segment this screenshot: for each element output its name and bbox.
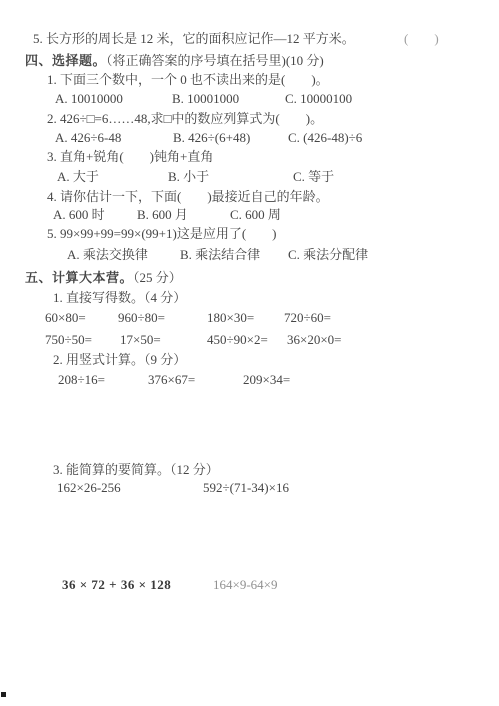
section-4-note: （将正确答案的序号填在括号里)(10 分)	[106, 53, 324, 68]
vertical-expr: 376×67=	[148, 372, 195, 388]
option-b: B. 乘法结合律	[180, 247, 260, 263]
oral-expr: 750÷50=	[45, 332, 92, 348]
vertical-calc-row: 208÷16= 376×67= 209×34=	[0, 372, 499, 390]
section-5-note: （25 分）	[133, 270, 182, 285]
simplify-row-1: 162×26-256 592÷(71-34)×16	[0, 480, 499, 498]
option-a: A. 乘法交换律	[67, 247, 148, 263]
option-c: C. 600 周	[230, 207, 281, 223]
choice-question-2: 2. 426÷□=6……48,求□中的数应列算式为( )。	[47, 111, 323, 127]
choice-question-3-options: A. 大于 B. 小于 C. 等于	[0, 169, 499, 187]
tf-question-5-answer-bracket: ( )	[404, 31, 439, 47]
section-5-label: 五、计算大本营。	[25, 270, 133, 285]
choice-question-4: 4. 请你估计一下，下面( )最接近自己的年龄。	[47, 189, 329, 205]
choice-question-3: 3. 直角+锐角( )钝角+直角	[47, 149, 213, 165]
oral-expr: 720÷60=	[284, 310, 331, 326]
tf-question-5: 5. 长方形的周长是 12 米，它的面积应记作—12 平方米。	[33, 31, 355, 47]
calc-sub2-title: 2. 用竖式计算。（9 分）	[53, 352, 186, 368]
simplify-expr: 36 × 72 + 36 × 128	[62, 577, 171, 593]
simplify-row-2: 36 × 72 + 36 × 128 164×9-64×9	[0, 577, 499, 595]
choice-question-5: 5. 99×99+99=99×(99+1)这是应用了( )	[47, 226, 276, 242]
vertical-expr: 208÷16=	[58, 372, 105, 388]
oral-calc-row-1: 60×80= 960÷80= 180×30= 720÷60=	[0, 310, 499, 328]
option-a: A. 600 时	[53, 207, 105, 223]
choice-question-1: 1. 下面三个数中，一个 0 也不读出来的是( )。	[47, 72, 329, 88]
simplify-expr: 162×26-256	[57, 480, 121, 496]
oral-expr: 450÷90×2=	[207, 332, 268, 348]
exam-sheet-page: 5. 长方形的周长是 12 米，它的面积应记作—12 平方米。 ( ) 四、选择…	[0, 0, 499, 706]
oral-expr: 180×30=	[207, 310, 254, 326]
section-4-heading: 四、选择题。（将正确答案的序号填在括号里)(10 分)	[25, 53, 324, 69]
oral-expr: 960÷80=	[118, 310, 165, 326]
oral-expr: 60×80=	[45, 310, 86, 326]
choice-question-4-options: A. 600 时 B. 600 月 C. 600 周	[0, 207, 499, 225]
option-c: C. 乘法分配律	[288, 247, 368, 263]
option-b: B. 600 月	[137, 207, 188, 223]
choice-question-5-options: A. 乘法交换律 B. 乘法结合律 C. 乘法分配律	[0, 247, 499, 265]
oral-expr: 17×50=	[120, 332, 161, 348]
calc-sub1-title: 1. 直接写得数。（4 分）	[53, 290, 186, 306]
option-c: C. 10000100	[285, 91, 352, 107]
vertical-expr: 209×34=	[243, 372, 290, 388]
section-4-label: 四、选择题。	[25, 53, 106, 68]
option-a: A. 大于	[57, 169, 99, 185]
option-c: C. (426-48)÷6	[288, 130, 362, 146]
section-5-heading: 五、计算大本营。（25 分）	[25, 270, 182, 286]
choice-question-2-options: A. 426÷6-48 B. 426÷(6+48) C. (426-48)÷6	[0, 130, 499, 148]
option-b: B. 426÷(6+48)	[173, 130, 250, 146]
option-a: A. 426÷6-48	[55, 130, 121, 146]
scan-artifact-dot	[1, 692, 6, 697]
oral-expr: 36×20×0=	[287, 332, 342, 348]
option-a: A. 10010000	[55, 91, 123, 107]
simplify-expr: 592÷(71-34)×16	[203, 480, 289, 496]
option-c: C. 等于	[293, 169, 334, 185]
oral-calc-row-2: 750÷50= 17×50= 450÷90×2= 36×20×0=	[0, 332, 499, 350]
choice-question-1-options: A. 10010000 B. 10001000 C. 10000100	[0, 91, 499, 109]
option-b: B. 小于	[168, 169, 209, 185]
option-b: B. 10001000	[172, 91, 239, 107]
simplify-expr: 164×9-64×9	[213, 577, 278, 593]
calc-sub3-title: 3. 能简算的要简算。（12 分）	[53, 462, 219, 478]
